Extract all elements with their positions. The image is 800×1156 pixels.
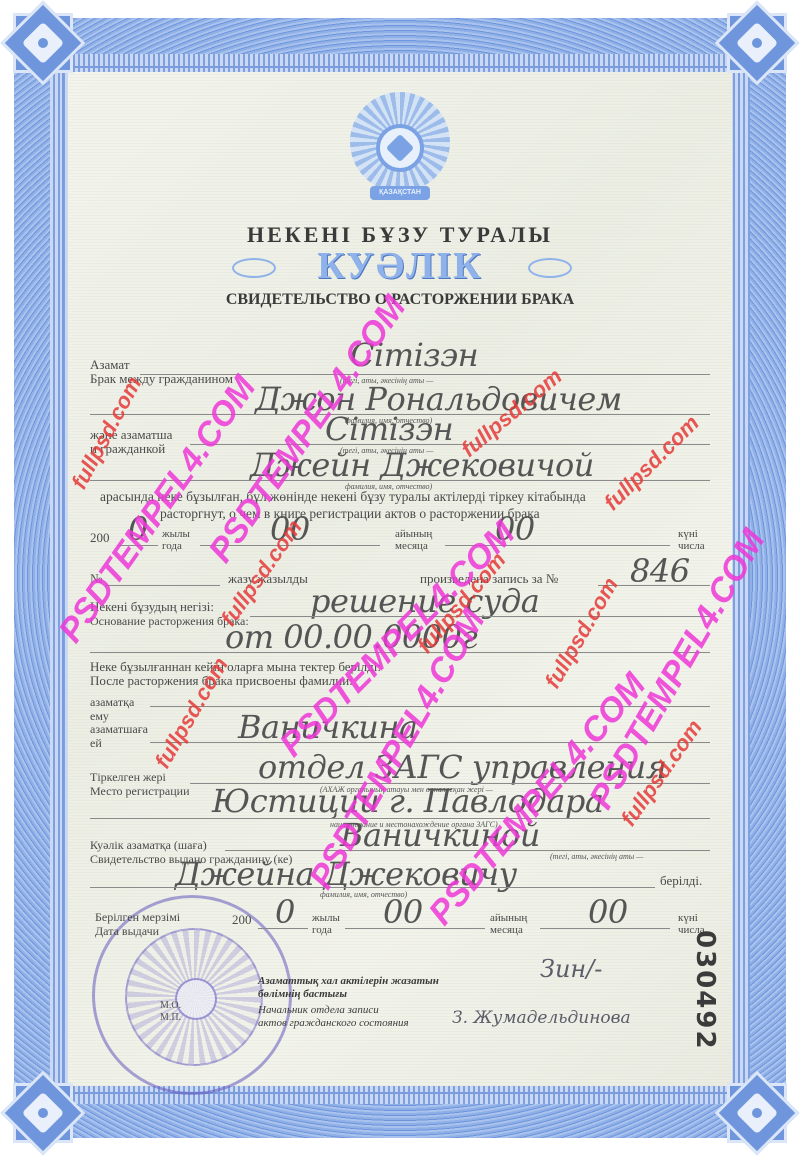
reg-month-day: 00 [270, 510, 310, 548]
field-line [598, 585, 710, 586]
title-main: КУӘЛІК [0, 244, 800, 288]
year-prefix: 200 [90, 531, 110, 545]
wife-label: және азаматшаи гражданкой [90, 428, 172, 456]
signer-title-ru: Начальник отдела записиактов гражданског… [258, 1004, 409, 1030]
signer-name: З. Жумадельдинова [452, 1008, 631, 1028]
field-line [225, 850, 710, 851]
him-label: азаматқаему [90, 695, 134, 723]
field-line [190, 444, 710, 445]
reg-year: 0 [128, 510, 148, 548]
kazakhstan-emblem-icon: ҚАЗАҚСТАН [330, 90, 470, 208]
title-russian: СВИДЕТЕЛЬСТВО О РАСТОРЖЕНИИ БРАКА [0, 291, 800, 309]
corner-ornament-icon [0, 0, 86, 86]
field-line [445, 545, 670, 546]
issue-year: 0 [275, 893, 295, 931]
place-value-1: отдел ЗАГС управления [258, 748, 666, 786]
her-label: азаматшағаей [90, 722, 148, 750]
surnames-after-label: Неке бұзылғаннан кейін оларға мына текте… [90, 660, 381, 688]
corner-ornament-icon [714, 0, 800, 86]
field-line [540, 928, 670, 929]
signer-title-kk: Азаматтық хал актілерін жазатынбөлімнің … [258, 975, 439, 1001]
basis-date: от 00.00.0000г [225, 618, 477, 656]
registration-text-kk: арасында неке бұзылған, бұл жөнінде неке… [100, 490, 586, 504]
signature-initials: Зин/- [540, 955, 602, 983]
field-line [140, 374, 710, 375]
basis-value: решение суда [310, 582, 539, 620]
day-label: күнічисла [678, 528, 705, 552]
serial-number: 030492 [690, 930, 720, 1051]
year-label: жылыгода [162, 528, 190, 552]
field-line [258, 928, 308, 929]
wife-surname: Сітізэн [325, 410, 453, 448]
number-sign: № [90, 572, 102, 586]
field-line [345, 928, 485, 929]
issued-to-surname: Ваничкиной [340, 816, 540, 854]
registration-text-ru: расторгнут, о чем в книге регистрации ак… [160, 507, 540, 521]
field-line [200, 545, 380, 546]
her-surname: Ваничкина [238, 708, 418, 746]
issue-year-prefix: 200 [232, 913, 252, 927]
right-ornament-icon [528, 258, 572, 278]
month-label: айыныңмесяца [395, 528, 432, 552]
issue-day: 00 [588, 893, 628, 931]
reg-month: 00 [495, 510, 535, 548]
issue-year-label: жылыгода [312, 912, 340, 936]
issue-date-label: Берілген мерзіміДата выдачи [95, 910, 180, 938]
emblem-ribbon-text: ҚАЗАҚСТАН [370, 186, 430, 200]
field-line [90, 652, 710, 653]
place-label: Тіркелген жеріМесто регистрации [90, 770, 190, 798]
field-line [90, 480, 710, 481]
field-line [250, 616, 710, 617]
corner-ornament-icon [0, 1070, 86, 1156]
field-line [90, 887, 655, 888]
field-line [105, 585, 220, 586]
field-line [118, 545, 158, 546]
issue-month-label: айыныңмесяца [490, 912, 527, 936]
husband-label: АзаматБрак между гражданином [90, 358, 233, 386]
corner-ornament-icon [714, 1070, 800, 1156]
field-caption: (тегі, аты, әкесінің аты — [550, 852, 643, 861]
issued-suffix: берілді. [660, 874, 702, 888]
record-label-kk: жазу жазылды [228, 572, 308, 586]
field-line [150, 742, 710, 743]
issue-month: 00 [383, 893, 423, 931]
wife-name: Джейн Джековичой [250, 446, 594, 484]
husband-surname: Сітізэн [350, 336, 478, 374]
stamp-mark: М.О.М.П. [160, 1000, 181, 1024]
field-line [150, 706, 710, 707]
place-value-2: Юстиции г. Павлодара [212, 782, 603, 820]
certificate-page: ҚАЗАҚСТАН НЕКЕНІ БҰЗУ ТУРАЛЫ КУӘЛІК СВИД… [0, 0, 800, 1156]
